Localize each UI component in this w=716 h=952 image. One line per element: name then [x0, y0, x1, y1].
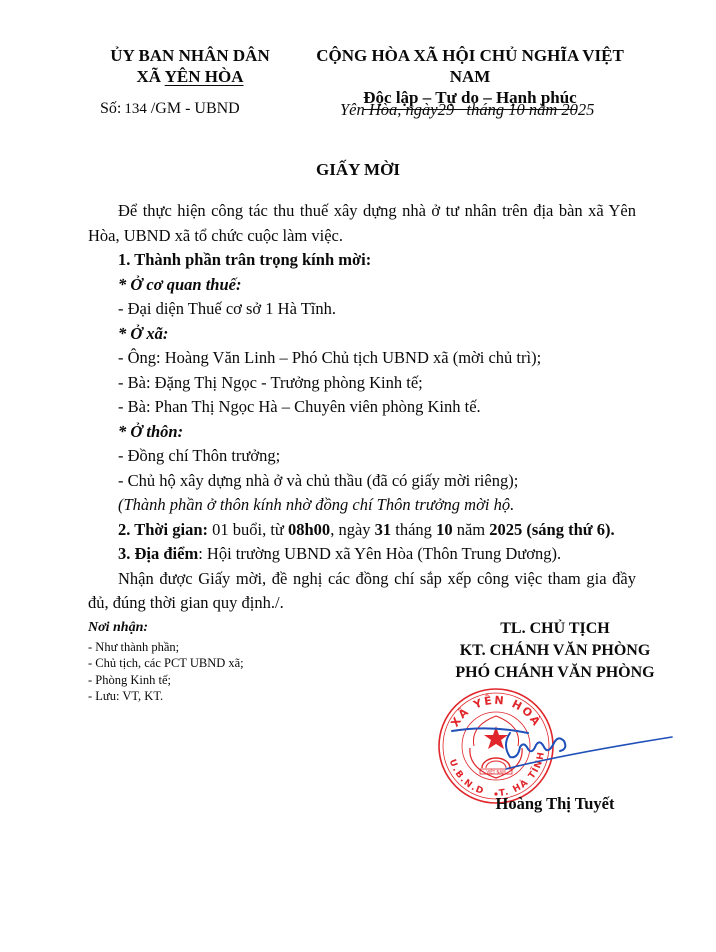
list-item: - Ông: Hoàng Văn Linh – Phó Chủ tịch UBN…	[88, 346, 636, 371]
document-number-value: 134	[124, 101, 147, 117]
group-village-heading: * Ở thôn:	[88, 420, 636, 445]
authority-line-2: XÃ YÊN HÒA	[80, 66, 300, 87]
list-item: - Đồng chí Thôn trưởng;	[88, 444, 636, 469]
document-title: GIẤY MỜI	[0, 160, 716, 180]
sign-line-2: KT. CHÁNH VĂN PHÒNG	[420, 640, 690, 662]
recipient-item: - Chủ tịch, các PCT UBND xã;	[88, 655, 244, 672]
list-item: - Chủ hộ xây dựng nhà ở và chủ thầu (đã …	[88, 469, 636, 494]
nation-title: CỘNG HÒA XÃ HỘI CHỦ NGHĨA VIỆT NAM	[300, 45, 640, 87]
recipient-item: - Lưu: VT, KT.	[88, 688, 244, 705]
signer-name: Hoàng Thị Tuyết	[420, 794, 690, 814]
recipients-label: Nơi nhận:	[88, 620, 244, 637]
sign-line-3: PHÓ CHÁNH VĂN PHÒNG	[420, 662, 690, 684]
list-item: - Bà: Đặng Thị Ngọc - Trưởng phòng Kinh …	[88, 371, 636, 396]
recipient-item: - Phòng Kinh tế;	[88, 672, 244, 689]
list-item: - Bà: Phan Thị Ngọc Hà – Chuyên viên phò…	[88, 395, 636, 420]
section-participants-heading: 1. Thành phần trân trọng kính mời:	[88, 248, 636, 273]
village-note: (Thành phần ở thôn kính nhờ đồng chí Thô…	[88, 493, 636, 518]
commune-name: YÊN HÒA	[165, 67, 244, 86]
intro-paragraph: Để thực hiện công tác thu thuế xây dựng …	[88, 199, 636, 248]
recipients-block: Nơi nhận: - Như thành phần; - Chủ tịch, …	[88, 620, 244, 705]
section-time: 2. Thời gian: 01 buổi, từ 08h00, ngày 31…	[88, 518, 636, 543]
place-date: Yên Hòa, ngày29 tháng 10 năm 2025	[340, 100, 594, 120]
signature-title-block: TL. CHỦ TỊCH KT. CHÁNH VĂN PHÒNG PHÓ CHÁ…	[420, 618, 690, 684]
document-number: Số:134/GM - UBND	[100, 100, 240, 118]
recipient-item: - Như thành phần;	[88, 639, 244, 656]
handwritten-signature-icon	[440, 715, 680, 785]
closing-paragraph: Nhận được Giấy mời, đề nghị các đồng chí…	[88, 567, 636, 616]
group-tax-heading: * Ở cơ quan thuế:	[88, 273, 636, 298]
section-place: 3. Địa điểm: Hội trường UBND xã Yên Hòa …	[88, 542, 636, 567]
authority-line-1: ỦY BAN NHÂN DÂN	[80, 45, 300, 66]
list-item: - Đại diện Thuế cơ sở 1 Hà Tĩnh.	[88, 297, 636, 322]
document-body: Để thực hiện công tác thu thuế xây dựng …	[88, 199, 636, 616]
group-commune-heading: * Ở xã:	[88, 322, 636, 347]
sign-line-1: TL. CHỦ TỊCH	[420, 618, 690, 640]
issuing-authority: ỦY BAN NHÂN DÂN XÃ YÊN HÒA	[80, 45, 300, 87]
